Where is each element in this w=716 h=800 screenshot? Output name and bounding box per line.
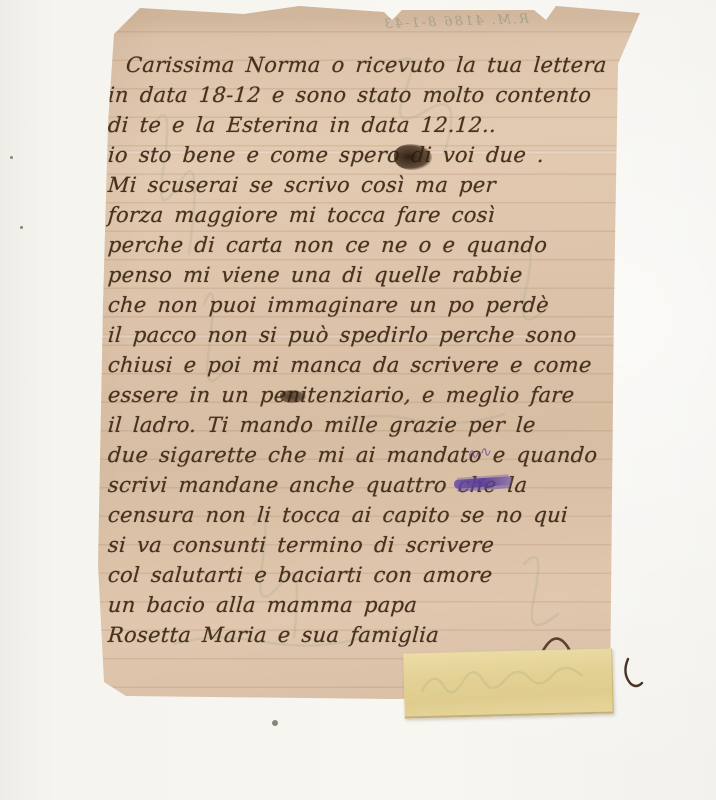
letter-line-13: il ladro. Ti mando mille grazie per le [107, 410, 631, 440]
cover-sticker [403, 648, 614, 718]
letter-line-16: censura non li tocca ai capito se no qui [107, 500, 631, 530]
letter-line-5: Mi scuserai se scrivo così ma per [107, 170, 631, 200]
dust-speck [20, 226, 23, 229]
letter-line-9: che non puoi immaginare un po perdè [107, 290, 631, 320]
letter-line-15: scrivi mandane anche quattro che la [107, 470, 631, 500]
letter-line-4: io sto bene e come spero di voi due . [107, 140, 631, 170]
letter-line-2: in data 18-12 e sono stato molto content… [107, 80, 631, 110]
letter-line-14: due sigarette che mi ai mandato e quando [107, 440, 631, 470]
letter-line-17: si va consunti termino di scrivere [107, 530, 631, 560]
dust-speck [272, 720, 278, 726]
letter-line-1: Carissima Norma o ricevuto la tua letter… [107, 50, 631, 80]
letter-line-3: di te e la Esterina in data 12.12.. [107, 110, 631, 140]
dust-speck [10, 156, 13, 159]
ink-scribble-blot [394, 144, 432, 170]
letter-body: Carissima Norma o ricevuto la tua letter… [108, 50, 630, 650]
ink-correction-smudge [280, 390, 306, 403]
letter-paper: R.M. 4186 8-1-43 Carissima Norma o ricev… [94, 4, 646, 701]
ghost-writing-under-sticker [411, 659, 602, 704]
letter-line-18: col salutarti e baciarti con amore [107, 560, 631, 590]
scan-background: R.M. 4186 8-1-43 Carissima Norma o ricev… [0, 0, 716, 800]
letter-line-11: chiusi e poi mi manca da scrivere e come [107, 350, 631, 380]
letter-line-12: essere in un penitenziario, e meglio far… [107, 380, 631, 410]
signature-tail-mark [612, 655, 646, 691]
letter-line-6: forza maggiore mi tocca fare così [107, 200, 631, 230]
letter-line-8: penso mi viene una di quelle rabbie [107, 260, 631, 290]
letter-line-10: il pacco non si può spedirlo perche sono [107, 320, 631, 350]
letter-line-19: un bacio alla mamma papa [107, 590, 631, 620]
letter-line-7: perche di carta non ce ne o e quando [107, 230, 631, 260]
